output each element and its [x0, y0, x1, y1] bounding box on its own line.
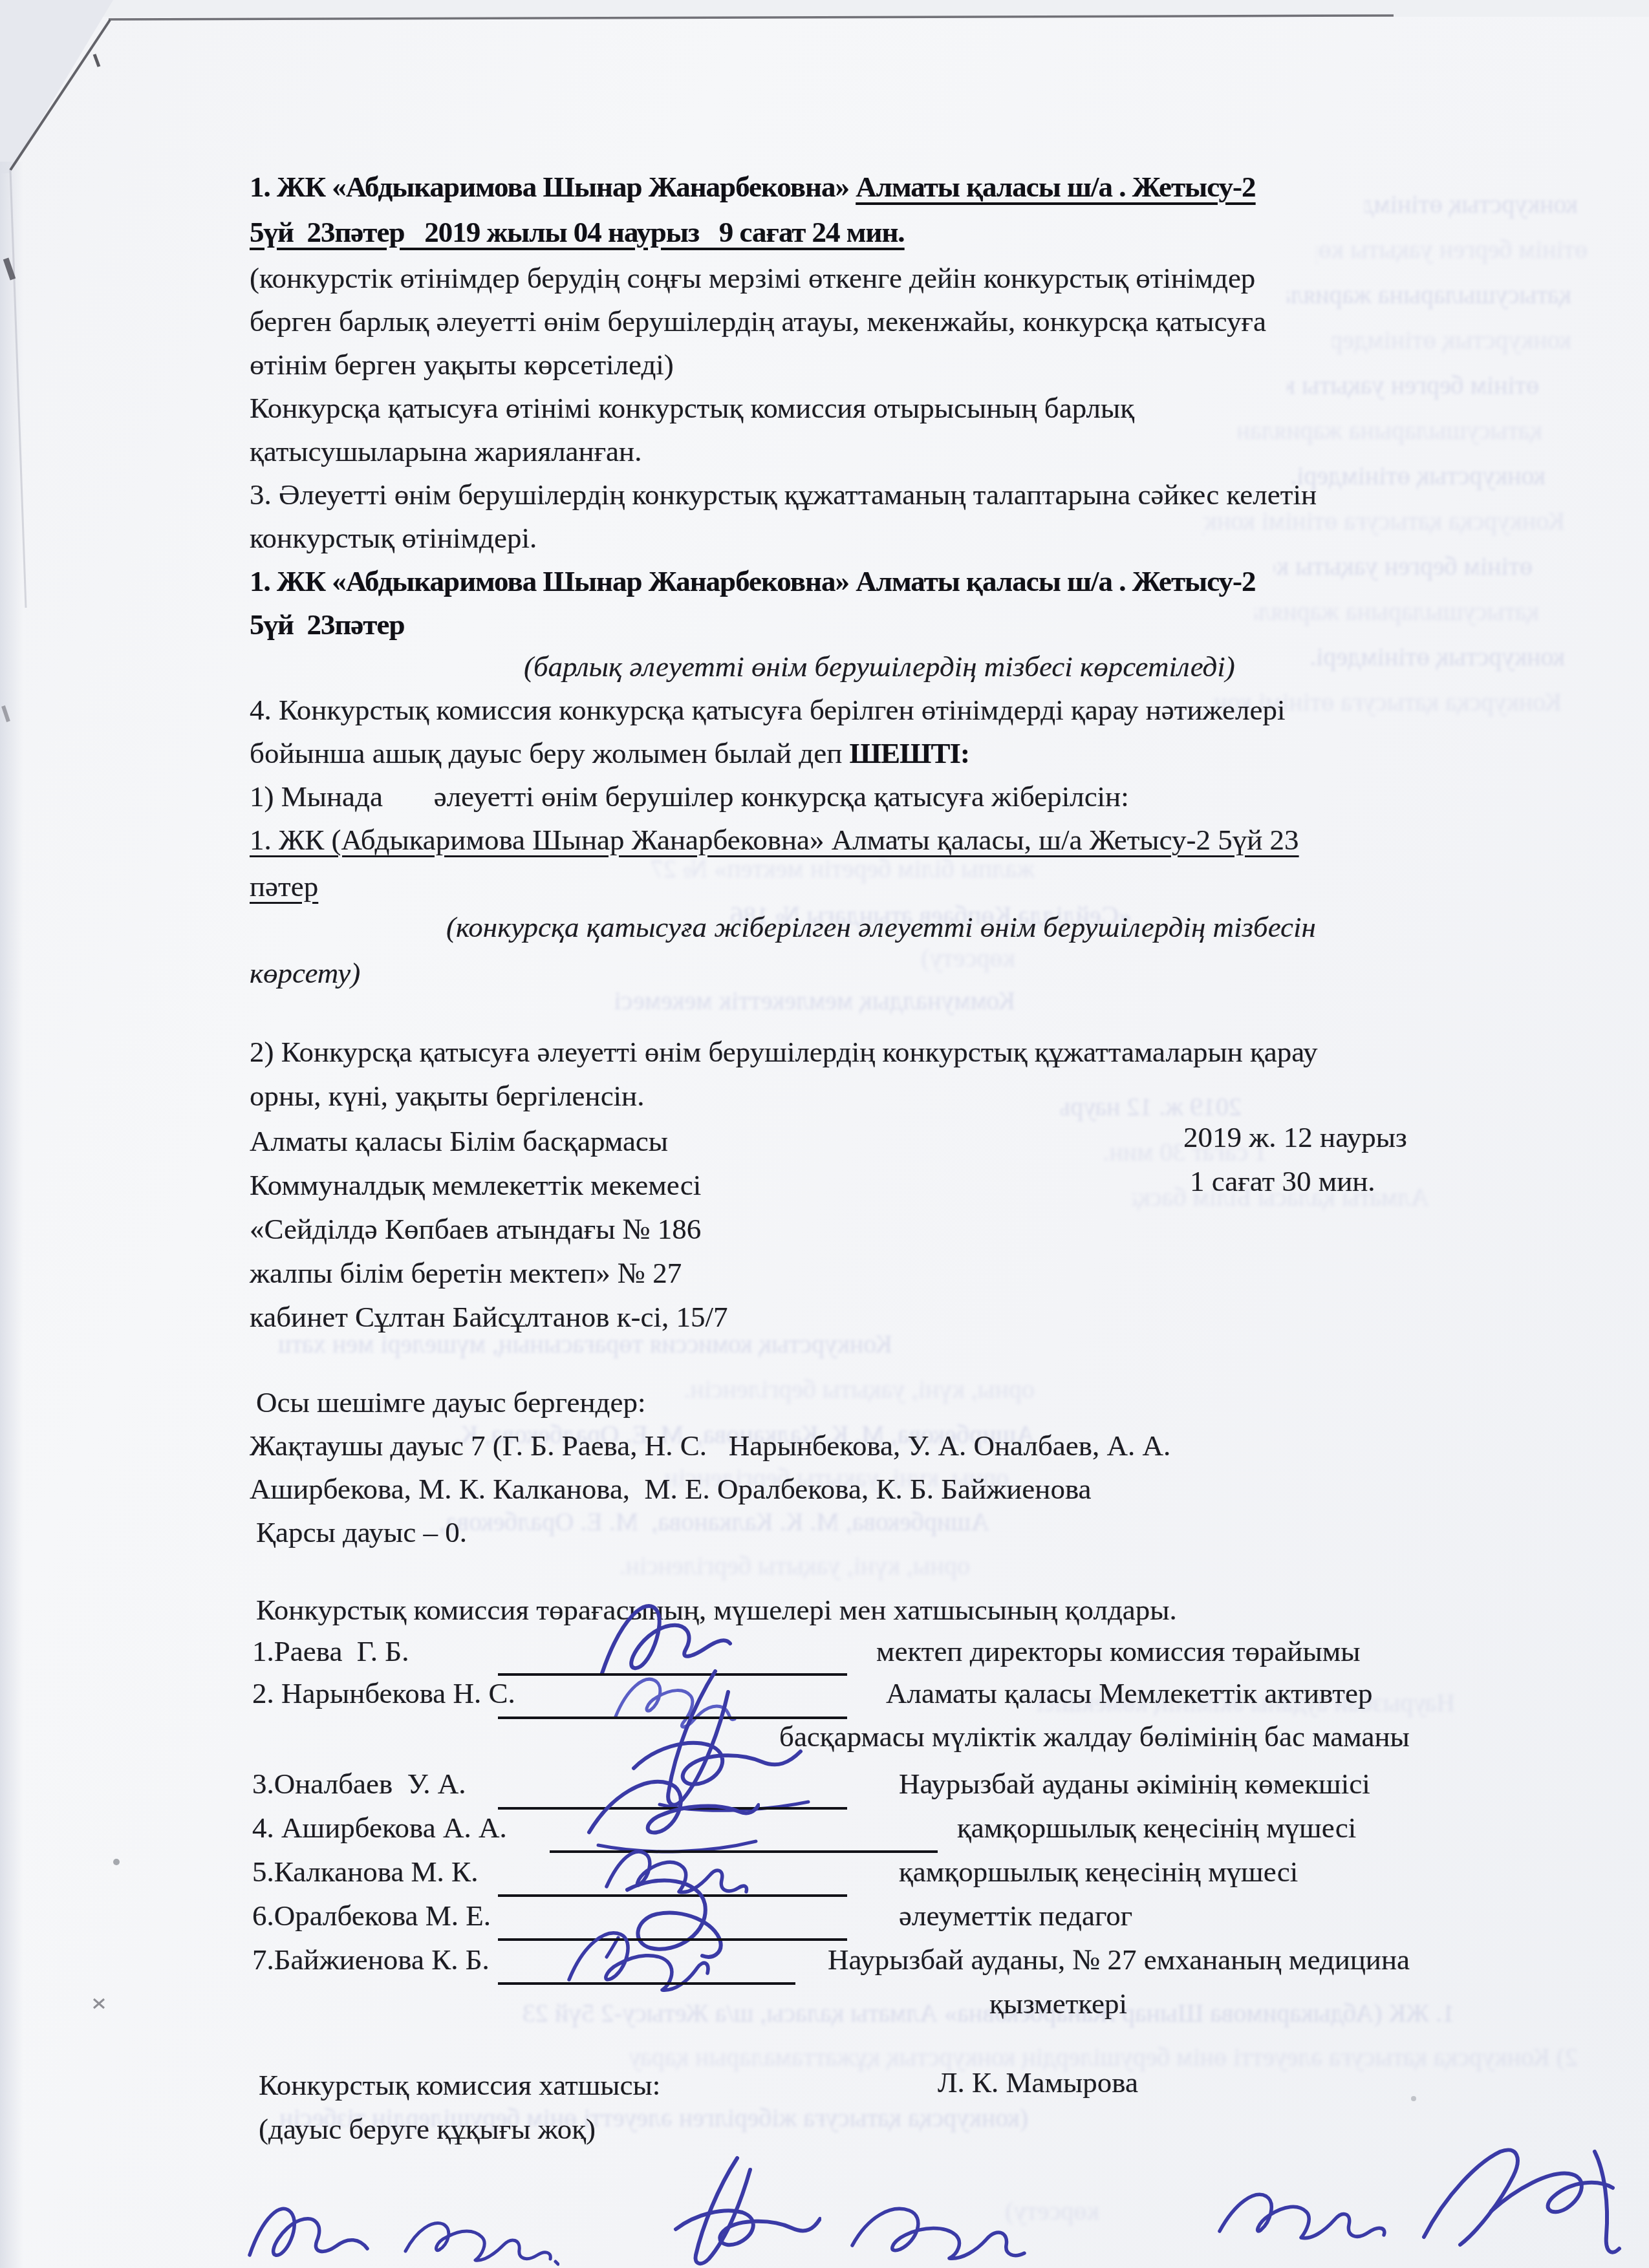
- decision-text: бойынша ашық дауыс беру жолымен былай де…: [250, 737, 850, 769]
- applicant-headline-line2: 5үй 23пәтер 2019 жылы 04 наурыз 9 сағат …: [250, 215, 905, 250]
- bleedthrough-text: өтінім берген уақыты көрсетіледі): [1287, 370, 1539, 405]
- venue-line: Коммуналдық мемлекеттік мекемесі: [250, 1168, 701, 1203]
- signer-name: 5.Калканова М. К.: [252, 1854, 478, 1889]
- venue-line: кабинет Сұлтан Байсұлтанов к-сі, 15/7: [250, 1300, 728, 1334]
- signature-baizhienova: [556, 1912, 711, 2003]
- doc-line: 3. Әлеуетті өнім берушілердің конкурстық…: [250, 477, 1317, 512]
- doc-line: 1) Мынада әлеуетті өнім берушілер конкур…: [250, 779, 1129, 814]
- review-date: 2019 ж. 12 наурыз: [1183, 1120, 1407, 1155]
- signature-bottom-6: [1364, 2134, 1623, 2266]
- secretary-name: Л. К. Мамырова: [938, 2065, 1138, 2100]
- doc-line: 4. Конкурстық комиссия конкурсқа қатысуғ…: [250, 692, 1285, 727]
- applicant-repeat-line2: 5үй 23пәтер: [250, 607, 404, 642]
- signer-role-cont: басқармасы мүліктік жалдау бөлімінің бас…: [779, 1719, 1410, 1754]
- venue-line: жалпы білім беретін мектеп» № 27: [250, 1256, 682, 1290]
- signer-role: Наурызбай ауданы әкімінің көмекшісі: [899, 1766, 1370, 1801]
- bleedthrough-text: Аширбекова, М. К. Калканова, М. Е. Оралб…: [440, 1506, 989, 1541]
- signature-bottom-3: [640, 2153, 821, 2268]
- signer-role: мектеп директоры комиссия төрайымы: [876, 1634, 1360, 1669]
- signature-line: [498, 1982, 795, 1985]
- bleedthrough-text: орны, күні, уақыты бергіленсін.: [388, 1550, 970, 1585]
- decision-line: бойынша ашық дауыс беру жолымен былай де…: [250, 736, 969, 771]
- admitted-supplier-line2: пәтер: [250, 869, 318, 904]
- italic-note: (конкурсқа қатысуға жіберілген әлеуетті …: [446, 910, 1316, 945]
- signer-name: 2. Нарынбекова Н. С.: [252, 1676, 515, 1711]
- doc-line: берген барлық әлеуетті өнім берушілердің…: [250, 304, 1266, 339]
- signer-role: Аламаты қаласы Мемлекеттік активтер: [886, 1676, 1372, 1711]
- applicant-name: 1. ЖК «Абдыкаримова Шынар Жанарбековна»: [250, 171, 856, 203]
- doc-line: орны, күні, уақыты бергіленсін.: [250, 1078, 644, 1113]
- signature-bottom-5: [1203, 2169, 1390, 2253]
- doc-line: Конкурсқа қатысуға өтінімі конкурстық ко…: [250, 390, 1134, 425]
- applicant-address: Алматы қаласы ш/а . Жетысу-2: [856, 171, 1255, 203]
- bleedthrough-text: қатысушыларына жарияланған.: [1255, 596, 1539, 631]
- voting-for-line2: Аширбекова, М. К. Калканова, М. Е. Оралб…: [250, 1471, 1092, 1506]
- secretary-note: (дауыс беруге құқығы жоқ): [259, 2112, 596, 2146]
- venue-line: Алматы қаласы Білім басқармасы: [250, 1124, 668, 1159]
- signature-bottom-1: [239, 2192, 375, 2268]
- bleedthrough-text: 1. ЖК (Абдыкаримова Шынар Жанарбековна» …: [453, 1998, 1455, 2033]
- italic-note: (барлық әлеуетті өнім берушілердің тізбе…: [524, 649, 1235, 684]
- signer-name: 7.Байжиенова К. Б.: [252, 1942, 490, 1977]
- doc-line: 2) Конкурсқа қатысуға әлеуетті өнім беру…: [250, 1034, 1318, 1069]
- venue-line: «Сейділдә Көпбаев атындағы № 186: [250, 1212, 701, 1246]
- signature-bottom-2: [398, 2198, 559, 2266]
- admitted-supplier-line1: 1. ЖК (Абдыкаримова Шынар Жанарбековна» …: [250, 822, 1299, 857]
- doc-line: қатысушыларына жарияланған.: [250, 434, 641, 469]
- signer-name: 4. Аширбекова А. А.: [252, 1810, 507, 1845]
- signer-role: қамқоршылық кеңесінің мүшесі: [899, 1854, 1298, 1889]
- bleedthrough-text: қатысушыларына жарияланған.: [1287, 279, 1571, 314]
- applicant-repeat-line1: 1. ЖК «Абдыкаримова Шынар Жанарбековна» …: [250, 564, 1256, 599]
- signer-role-cont: қызметкері: [989, 1986, 1127, 2021]
- scanned-document-page: конкурстық өтінімдері. өтінім берген уақ…: [0, 0, 1649, 2268]
- signer-role: әлеуметтік педагог: [899, 1898, 1132, 1933]
- bleedthrough-text: өтінім берген уақыты көрсетіледі): [1316, 234, 1588, 269]
- signer-name: 3.Оналбаев У. А.: [252, 1766, 466, 1801]
- bleedthrough-text: қатысушыларына жарияланған.: [1238, 415, 1542, 450]
- voting-header: Осы шешімге дауыс бергендер:: [256, 1385, 645, 1420]
- bleedthrough-text: көрсету): [614, 943, 1015, 978]
- applicant-headline-line1: 1. ЖК «Абдыкаримова Шынар Жанарбековна» …: [250, 169, 1256, 204]
- bleedthrough-text: өтінім берген уақыты көрсетіледі): [1274, 551, 1533, 586]
- signer-name: 1.Раева Г. Б.: [252, 1634, 409, 1669]
- italic-note: көрсету): [250, 956, 360, 990]
- secretary-label: Конкурстық комиссия хатшысы:: [259, 2068, 660, 2102]
- signer-name: 6.Оралбекова М. Е.: [252, 1898, 491, 1933]
- signer-role: Наурызбай ауданы, № 27 емхананың медицин…: [828, 1942, 1410, 1977]
- bleedthrough-text: конкурстық өтінімдері.: [1364, 189, 1578, 224]
- bleedthrough-text: конкурстық өтінімдері.: [1332, 325, 1571, 359]
- voting-for-line1: Жақтаушы дауыс 7 (Г. Б. Раева, Н. С. Нар…: [250, 1428, 1170, 1463]
- bleedthrough-text: конкурстық өтінімдері.: [1300, 641, 1565, 676]
- bleedthrough-text: Коммуналдық мемлекеттік мекемесі: [401, 985, 1015, 1020]
- doc-line: (конкурстік өтінімдер берудің соңғы мерз…: [250, 261, 1255, 295]
- voting-against: Қарсы дауыс – 0.: [256, 1515, 467, 1550]
- doc-line: конкурстық өтінімдері.: [250, 520, 537, 555]
- review-time: 1 сағат 30 мин.: [1190, 1164, 1375, 1199]
- signer-role: қамқоршылық кеңесінің мүшесі: [957, 1810, 1356, 1845]
- signature-bottom-4: [841, 2188, 1035, 2266]
- decision-keyword: ШЕШТІ:: [850, 737, 969, 769]
- bleedthrough-text: жалпы білім беретін мектеп» № 27: [453, 853, 1035, 888]
- doc-line: өтінім берген уақыты көрсетіледі): [250, 347, 674, 382]
